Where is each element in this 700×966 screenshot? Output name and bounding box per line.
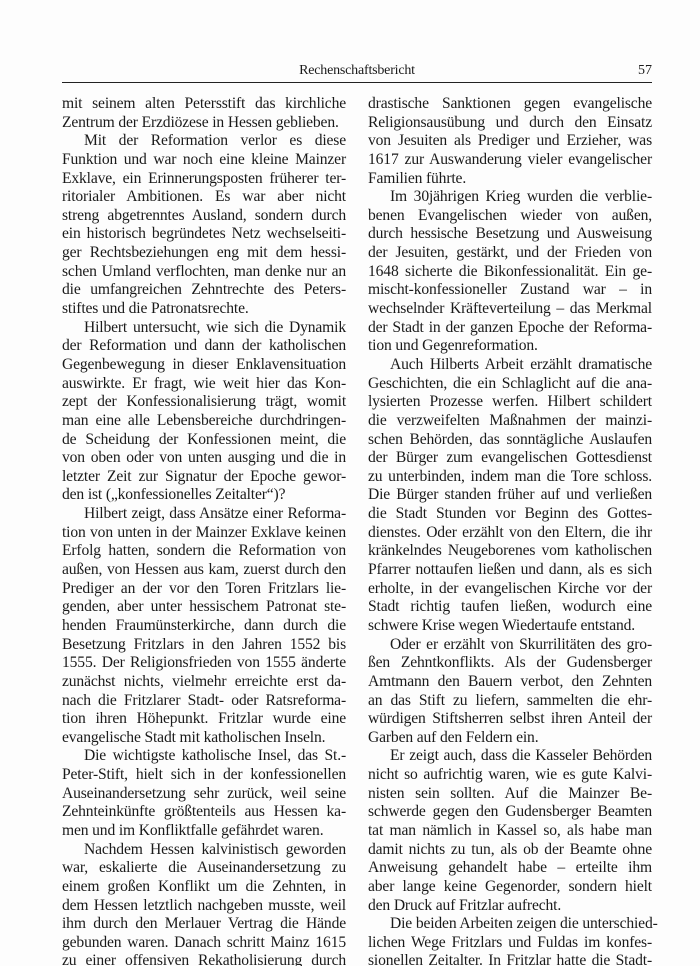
- text-line: zu unterbinden, indem man die Tore schlo…: [368, 468, 652, 487]
- text-line: Gegenbewegung in dieser Enklavensituatio…: [62, 356, 346, 375]
- text-line: Religionsausübung und durch den Einsatz: [368, 114, 652, 133]
- text-line: Exklave, ein Erinnerungsposten früherer …: [62, 170, 346, 189]
- text-line: der Bürger zum evangelischen Gottesdiens…: [368, 449, 652, 468]
- text-line: Hilbert untersucht, wie sich die Dynamik: [62, 319, 346, 338]
- text-line: Amtmann den Bauern verbot, den Zehnten: [368, 673, 652, 692]
- text-line: den Druck auf Fritzlar aufrecht.: [368, 897, 652, 916]
- text-line: einem großen Konflikt um die Zehnten, in: [62, 878, 346, 897]
- text-line: Mit der Reformation verlor es diese: [62, 132, 346, 151]
- text-line: Besetzung Fritzlars in den Jahren 1552 b…: [62, 636, 346, 655]
- text-line: men und im Konfliktfalle gefährdet waren…: [62, 822, 346, 841]
- left-text-column: mit seinem alten Petersstift das kirchli…: [62, 95, 346, 966]
- text-line: auswirkte. Er fragt, wie weit hier das K…: [62, 375, 346, 394]
- text-line: schen Umland verflochten, man denke nur …: [62, 263, 346, 282]
- text-line: den ist („konfessionelles Zeitalter“)?: [62, 486, 346, 505]
- text-line: Die Bürger standen früher auf und verlie…: [368, 486, 652, 505]
- page-number: 57: [638, 62, 652, 80]
- text-line: letzter Zeit zur Signatur der Epoche gew…: [62, 468, 346, 487]
- text-line: kränkelndes Neugeborenes vom katholische…: [368, 542, 652, 561]
- text-line: zunächst nichts, vielmehr erreichte erst…: [62, 673, 346, 692]
- text-line: de Scheidung der Konfessionen meint, die: [62, 431, 346, 450]
- text-line: Erfolg hatten, sondern die Reformation v…: [62, 542, 346, 561]
- text-line: schwerde gegen den Gudensberger Beamten: [368, 803, 652, 822]
- text-line: tion ihren Höhepunkt. Fritzlar wurde ein…: [62, 710, 346, 729]
- running-title: Rechenschaftsbericht: [62, 62, 652, 80]
- text-line: 1617 zur Auswanderung vieler evangelisch…: [368, 151, 652, 170]
- text-line: ihm durch den Merlauer Vertrag die Hände: [62, 915, 346, 934]
- text-line: Im 30jährigen Krieg wurden die verblie-: [368, 188, 652, 207]
- text-line: Hilbert zeigt, dass Ansätze einer Reform…: [62, 505, 346, 524]
- text-line: tion und Gegenreformation.: [368, 337, 652, 356]
- text-line: außen, von Hessen aus kam, zuerst durch …: [62, 561, 346, 580]
- text-line: war, eskalierte die Auseinandersetzung z…: [62, 859, 346, 878]
- text-line: die Stadt Stunden vor Beginn des Gottes-: [368, 505, 652, 524]
- text-line: nach die Fritzlarer Stadt- oder Ratsrefo…: [62, 692, 346, 711]
- text-line: ger Rechtsbeziehungen eng mit dem hessi-: [62, 244, 346, 263]
- text-line: schen Behörden, das sonntägliche Auslauf…: [368, 431, 652, 450]
- text-line: lichen Wege Fritzlars und Fuldas im konf…: [368, 934, 652, 953]
- text-line: lysierten Prozesse werfen. Hilbert schil…: [368, 393, 652, 412]
- text-line: Die beiden Arbeiten zeigen die unterschi…: [368, 915, 652, 934]
- text-line: benen Evangelischen wieder von außen,: [368, 207, 652, 226]
- text-line: ein historisch begründetes Netz wechsels…: [62, 225, 346, 244]
- text-line: ßen Zehntkonflikts. Als der Gudensberger: [368, 654, 652, 673]
- text-line: Anweisung gehandelt habe – erteilte ihm: [368, 859, 652, 878]
- text-line: Stadt richtig taufen ließen, wodurch ein…: [368, 598, 652, 617]
- text-line: damit nichts zu tun, als ob der Beamte o…: [368, 841, 652, 860]
- text-line: Funktion und war noch eine kleine Mainze…: [62, 151, 346, 170]
- text-line: durch hessische Besetzung und Ausweisung: [368, 225, 652, 244]
- text-line: genden, aber unter hessischem Patronat s…: [62, 598, 346, 617]
- text-line: die verzweifelten Maßnahmen der mainzi-: [368, 412, 652, 431]
- text-line: streng abgetrenntes Ausland, sondern dur…: [62, 207, 346, 226]
- text-line: Zehnteinkünfte größtenteils aus Hessen k…: [62, 803, 346, 822]
- text-line: aber lange keine Gegenorder, sondern hie…: [368, 878, 652, 897]
- text-line: der Reformation und dann der katholische…: [62, 337, 346, 356]
- text-line: nicht so aufrichtig waren, wie es gute K…: [368, 766, 652, 785]
- text-line: mischt-konfessioneller Zustand war – in: [368, 281, 652, 300]
- text-line: Geschichten, die ein Schlaglicht auf die…: [368, 375, 652, 394]
- text-line: zu einer offensiven Rekatholisierung dur…: [62, 952, 346, 966]
- text-line: Oder er erzählt von Skurrilitäten des gr…: [368, 636, 652, 655]
- text-line: 1555. Der Religionsfrieden von 1555 ände…: [62, 654, 346, 673]
- text-line: dem Hessen letztlich nachgeben musste, w…: [62, 897, 346, 916]
- text-line: tion von unten in der Mainzer Exklave ke…: [62, 524, 346, 543]
- text-line: Auseinandersetzung sehr zurück, weil sei…: [62, 785, 346, 804]
- text-line: zept der Konfessionalisierung trägt, wom…: [62, 393, 346, 412]
- text-line: der Stadt in der ganzen Epoche der Refor…: [368, 319, 652, 338]
- text-line: der Jesuiten, gestärkt, und der Frieden …: [368, 244, 652, 263]
- text-line: tat man nämlich in Kassel so, als habe m…: [368, 822, 652, 841]
- text-line: Familien führte.: [368, 170, 652, 189]
- text-line: von Jesuiten als Prediger und Erzieher, …: [368, 132, 652, 151]
- text-line: henden Fraumünsterkirche, dann durch die: [62, 617, 346, 636]
- text-line: würdigen Stiftsherren selbst ihren Antei…: [368, 710, 652, 729]
- header-rule: [62, 82, 652, 83]
- text-line: gebunden waren. Danach schritt Mainz 161…: [62, 934, 346, 953]
- text-line: erholte, in der evangelischen Kirche vor…: [368, 580, 652, 599]
- text-line: Er zeigt auch, dass die Kasseler Behörde…: [368, 747, 652, 766]
- text-line: dienstes. Oder erzählt von den Eltern, d…: [368, 524, 652, 543]
- document-page: Rechenschaftsbericht 57 mit seinem alten…: [0, 0, 700, 966]
- running-header: Rechenschaftsbericht 57: [62, 62, 652, 80]
- text-line: sionellen Zeitalter. In Fritzlar hatte d…: [368, 952, 652, 966]
- text-line: Nachdem Hessen kalvinistisch geworden: [62, 841, 346, 860]
- text-line: stiftes und die Patronatsrechte.: [62, 300, 346, 319]
- text-line: Zentrum der Erzdiözese in Hessen geblieb…: [62, 114, 346, 133]
- text-line: Peter-Stift, hielt sich in der konfessio…: [62, 766, 346, 785]
- text-line: Garben auf den Feldern ein.: [368, 729, 652, 748]
- text-line: Die wichtigste katholische Insel, das St…: [62, 747, 346, 766]
- text-line: evangelische Stadt mit katholischen Inse…: [62, 729, 346, 748]
- text-line: an das Stift zu liefern, sammelten die e…: [368, 692, 652, 711]
- text-line: mit seinem alten Petersstift das kirchli…: [62, 95, 346, 114]
- text-line: wechselnder Kräfteverteilung – das Merkm…: [368, 300, 652, 319]
- text-line: Auch Hilberts Arbeit erzählt dramatische: [368, 356, 652, 375]
- text-line: 1648 sicherte die Bikonfessionalität. Ei…: [368, 263, 652, 282]
- text-line: Prediger an der vor den Toren Fritzlars …: [62, 580, 346, 599]
- text-line: schwere Krise wegen Wiedertaufe entstand…: [368, 617, 652, 636]
- text-line: die umfangreichen Zehntrechte des Peters…: [62, 281, 346, 300]
- text-line: von oben oder von unten ausging und die …: [62, 449, 346, 468]
- right-text-column: drastische Sanktionen gegen evangelische…: [368, 95, 652, 966]
- text-line: drastische Sanktionen gegen evangelische: [368, 95, 652, 114]
- text-line: ritorialer Ambitionen. Es war aber nicht: [62, 188, 346, 207]
- text-line: man eine alle Lebensbereiche durchdringe…: [62, 412, 346, 431]
- text-line: nisten sein sollten. Auf die Mainzer Be-: [368, 785, 652, 804]
- text-line: Pfarrer nottaufen ließen und dann, als e…: [368, 561, 652, 580]
